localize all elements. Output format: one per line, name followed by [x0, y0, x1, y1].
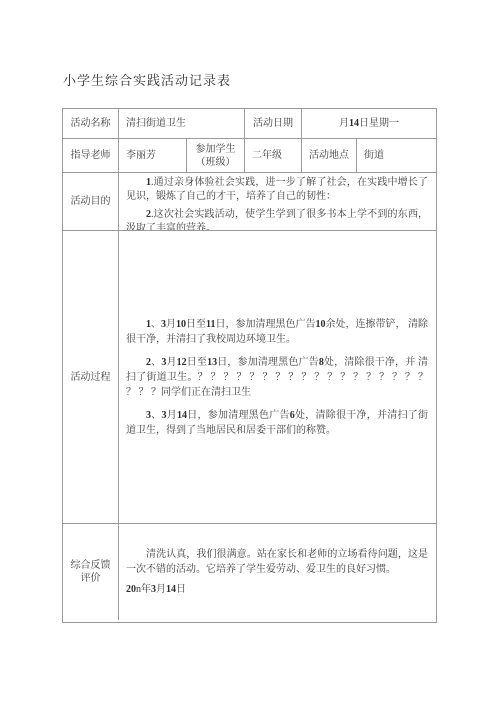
process-label: 活动过程: [63, 231, 118, 523]
record-table: 活动名称 清扫街道卫生 活动日期 月14日星期一 指导老师 李丽芳 参加学生 （…: [62, 108, 437, 623]
table-row: 综合反馈 评价 清洗认真，我们很满意。站在家长和老师的立场看待问题，这是一次不错…: [63, 523, 436, 620]
activity-date-label: 活动日期: [244, 109, 301, 138]
activity-name-value: 清扫街道卫生: [118, 109, 244, 138]
process-paragraph-2: 2、3月12日至13日，参加清理黑色广告8处，清除很干净，并 清扫了街道卫生。？…: [126, 355, 428, 400]
students-label: 参加学生 （班级）: [186, 139, 244, 172]
feedback-text: 清洗认真，我们很满意。站在家长和老师的立场看待问题，这是一次不错的活动。它培养了…: [126, 547, 428, 577]
table-row: 指导老师 李丽芳 参加学生 （班级） 二年级 活动地点 街道: [63, 138, 436, 172]
feedback-label: 综合反馈 评价: [63, 524, 118, 620]
purpose-paragraph-1: 1.通过亲身体验社会实践，进一步了解了社会，在实践中增长了见识，锻炼了自己的才干…: [126, 176, 428, 204]
table-row: 活动名称 清扫街道卫生 活动日期 月14日星期一: [63, 109, 436, 138]
teacher-value: 李丽芳: [118, 139, 186, 172]
feedback-content: 清洗认真，我们很满意。站在家长和老师的立场看待问题，这是一次不错的活动。它培养了…: [118, 524, 436, 620]
document-page: 小学生综合实践活动记录表 活动名称 清扫街道卫生 活动日期 月14日星期一 指导…: [0, 0, 500, 707]
process-content: 1、3月10日至11日，参加清理黑色广告10余处，连擦带铲， 清除很干净，并清扫…: [118, 231, 436, 523]
feedback-date: 20n年3月14日: [126, 583, 428, 597]
purpose-paragraph-2: 2.这次社会实践活动，使学生学到了很多书本上学不到的东西，汲取了丰富的营养。: [126, 208, 428, 230]
activity-name-label: 活动名称: [63, 109, 118, 138]
teacher-label: 指导老师: [63, 139, 118, 172]
table-row: 活动过程 1、3月10日至11日，参加清理黑色广告10余处，连擦带铲， 清除很干…: [63, 230, 436, 523]
process-paragraph-1: 1、3月10日至11日，参加清理黑色广告10余处，连擦带铲， 清除很干净，并清扫…: [126, 317, 428, 347]
activity-date-value: 月14日星期一: [301, 109, 436, 138]
process-paragraph-3: 3、3月14日，参加清理黑色广告6处，清除很干净，并清扫了街 道卫生，得到了当地…: [126, 408, 428, 438]
location-value: 街道: [356, 139, 436, 172]
purpose-content: 1.通过亲身体验社会实践，进一步了解了社会，在实践中增长了见识，锻炼了自己的才干…: [118, 173, 436, 230]
table-row: 活动目的 1.通过亲身体验社会实践，进一步了解了社会，在实践中增长了见识，锻炼了…: [63, 172, 436, 230]
page-title: 小学生综合实践活动记录表: [63, 70, 231, 89]
location-label: 活动地点: [301, 139, 356, 172]
students-value: 二年级: [244, 139, 301, 172]
purpose-label: 活动目的: [63, 173, 118, 230]
